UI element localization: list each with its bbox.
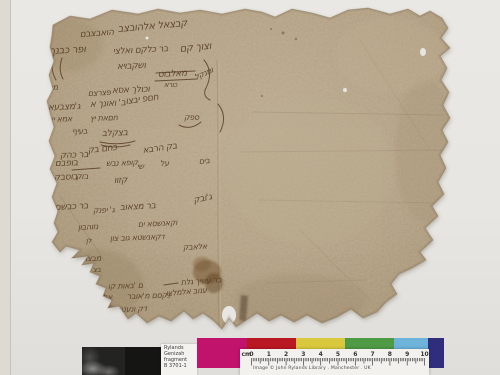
manuscript-line: כורא <box>164 81 178 89</box>
manuscript-line: בר מצאוב <box>120 201 156 213</box>
ruler-number: 10 <box>420 351 428 358</box>
shading-blob <box>225 95 395 245</box>
grayscale-patch-black <box>125 347 162 375</box>
ruler-number: 7 <box>371 351 375 358</box>
shading-blob <box>335 17 445 93</box>
fragment-texture: הואבצבםקבצאל אלהובצבופר כבנךבר כלקם ואלצ… <box>38 0 460 340</box>
ruler-ticks <box>252 358 425 366</box>
manuscript-line: קזוו <box>114 176 128 186</box>
ruler-number: 8 <box>388 351 392 358</box>
ruler-number: 9 <box>405 351 409 358</box>
manuscript-line: ושקבויא <box>117 61 147 72</box>
ruler-number: 6 <box>353 351 357 358</box>
manuscript-line: בזק <box>76 172 89 181</box>
manuscript-line: ופר כבנך <box>50 44 87 57</box>
ruler-number: 2 <box>284 351 288 358</box>
manuscript-line: בצקלב <box>102 128 128 139</box>
manuscript-line: ג' יפנק <box>93 205 116 215</box>
grayscale-patch-mottled <box>82 347 125 375</box>
fragment-label: Rylands Genizah fragment B 3701-1 <box>161 344 197 375</box>
manuscript-line: בעיף <box>72 126 88 136</box>
manuscript-line: ג'מצבעא <box>48 102 81 113</box>
ruler-scale: cm012345678910 <box>240 349 429 375</box>
ruler: cm012345678910 Image © John Rylands Libr… <box>240 349 429 375</box>
color-patch-navy <box>428 338 444 368</box>
ruler-number: 1 <box>267 351 271 358</box>
manuscript-line: ם 'באות קו <box>108 281 144 291</box>
manuscript-line: פצרצם <box>88 88 113 98</box>
ruler-number: 3 <box>301 351 305 358</box>
manuscript-line: ב' ואונך א <box>90 98 126 110</box>
manuscript-line: בים <box>198 156 210 166</box>
manuscript-fragment: הואבצבםקבצאל אלהובצבופר כבנךבר כלקם ואלצ… <box>0 0 500 375</box>
manuscript-line: ספק <box>184 113 200 122</box>
ruler-number: 4 <box>319 351 323 358</box>
manuscript-line: מאלבוט <box>158 68 189 80</box>
copyright-text: Image © John Rylands Library . Mancheste… <box>253 366 371 371</box>
ruler-number: 0 <box>249 351 253 358</box>
manuscript-line: נקסם מ'אובר <box>127 290 171 301</box>
manuscript-line: קופא נבש <box>106 158 139 168</box>
photo-stage: הואבצבםקבצאל אלהובצבופר כבנךבר כלקם ואלצ… <box>0 0 500 375</box>
label-line: B 3701-1 <box>164 364 197 370</box>
manuscript-line: נזוהבון <box>78 222 100 232</box>
manuscript-line: אלאבק <box>183 242 208 252</box>
manuscript-line: בופבם <box>55 158 78 169</box>
ruler-number: 5 <box>336 351 340 358</box>
manuscript-line: על <box>160 159 171 168</box>
manuscript-line: חםאת יץ <box>90 113 119 123</box>
